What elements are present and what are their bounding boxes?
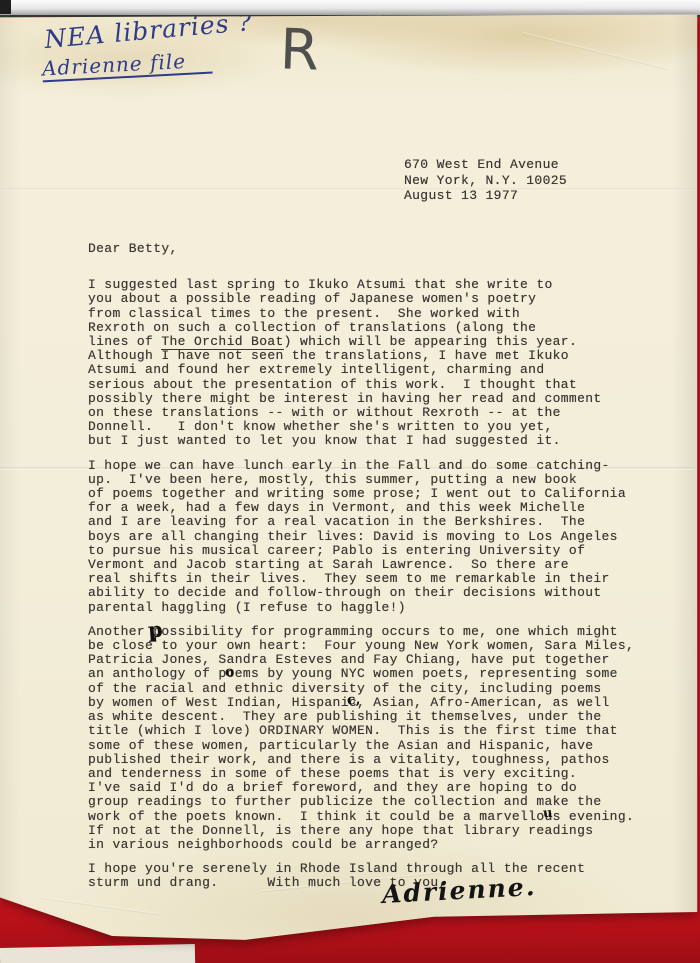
typed-line: you about a possible reading of Japanese…	[88, 292, 668, 306]
typed-line: I suggested last spring to Ikuko Atsumi …	[88, 278, 668, 292]
letter-body-paragraphs: I suggested last spring to Ikuko Atsumi …	[88, 278, 668, 890]
typed-line: published their work, and there is a vit…	[88, 753, 668, 767]
pencil-initial-mark: R	[279, 17, 320, 83]
address-line: August 13 1977	[404, 188, 567, 204]
typed-line: some of these women, particularly the As…	[88, 739, 668, 753]
typed-line: for a week, had a few days in Vermont, a…	[88, 501, 668, 515]
typed-line: but I just wanted to let you know that I…	[88, 434, 668, 448]
typed-line: boys are all changing their lives: David…	[88, 530, 668, 544]
typed-line: sturm und drang. With much love to you,	[88, 876, 668, 890]
typed-line: up. I've been here, mostly, this summer,…	[88, 473, 668, 487]
fold-crease	[0, 188, 694, 191]
typed-line: group readings to further publicize the …	[88, 795, 668, 809]
typed-line: Another possibility for programming occu…	[88, 625, 668, 639]
address-line: 670 West End Avenue	[404, 157, 567, 173]
typed-line: work of the poets known. I think it coul…	[88, 810, 668, 824]
salutation: Dear Betty,	[88, 242, 668, 256]
typed-line: by women of West Indian, Hispanic, Asian…	[88, 696, 668, 710]
typed-line: I hope we can have lunch early in the Fa…	[88, 459, 668, 473]
typed-line: and tenderness in some of these poems th…	[88, 767, 668, 781]
paper-wrapper: NEA libraries ? Adrienne file R 670 West…	[0, 0, 700, 963]
typed-line: possibly there might be interest in havi…	[88, 392, 668, 406]
typed-line: in various neighborhoods could be arrang…	[88, 838, 668, 852]
typed-line: parental haggling (I refuse to haggle!)	[88, 601, 668, 615]
typed-line: and I are leaving for a real vacation in…	[88, 515, 668, 529]
typed-line: I hope you're serenely in Rhode Island t…	[88, 862, 668, 876]
typed-line: ability to decide and follow-through on …	[88, 586, 668, 600]
typed-line: Vermont and Jacob starting at Sarah Lawr…	[88, 558, 668, 572]
typed-line: If not at the Donnell, is there any hope…	[88, 824, 668, 838]
typed-line: real shifts in their lives. They seem to…	[88, 572, 668, 586]
paragraph: I hope you're serenely in Rhode Island t…	[88, 862, 668, 890]
typed-line: to pursue his musical career; Pablo is e…	[88, 544, 668, 558]
letter-page: NEA libraries ? Adrienne file R 670 West…	[0, 0, 700, 963]
typed-line: Although I have not seen the translation…	[88, 349, 668, 363]
scanned-letter-scene: NEA libraries ? Adrienne file R 670 West…	[0, 0, 700, 963]
typed-line: Rexroth on such a collection of translat…	[88, 321, 668, 335]
letter-body: Dear Betty, I suggested last spring to I…	[88, 242, 668, 901]
typed-line: Patricia Jones, Sandra Esteves and Fay C…	[88, 653, 668, 667]
typed-line: of poems together and writing some prose…	[88, 487, 668, 501]
typed-line: title (which I love) ORDINARY WOMEN. Thi…	[88, 724, 668, 738]
typed-line: as white descent. They are publishing it…	[88, 710, 668, 724]
typed-line: Donnell. I don't know whether she's writ…	[88, 420, 668, 434]
paragraph: I suggested last spring to Ikuko Atsumi …	[88, 278, 668, 448]
typed-line: I've said I'd do a brief foreword, and t…	[88, 781, 668, 795]
typed-line: of the racial and ethnic diversity of th…	[88, 682, 668, 696]
paragraph: I hope we can have lunch early in the Fa…	[88, 459, 668, 615]
typed-line: Atsumi and found her extremely intellige…	[88, 363, 668, 377]
typed-line: be close to your own heart: Four young N…	[88, 639, 668, 653]
typed-line: serious about the presentation of this w…	[88, 378, 668, 392]
typed-line: on these translations -- with or without…	[88, 406, 668, 420]
address-line: New York, N.Y. 10025	[404, 173, 567, 189]
paragraph: Another possibility for programming occu…	[88, 625, 668, 852]
typed-line: lines of The Orchid Boat) which will be …	[88, 335, 668, 349]
sender-address: 670 West End AvenueNew York, N.Y. 10025A…	[404, 157, 567, 204]
typed-line: from classical times to the present. She…	[88, 307, 668, 321]
typed-line: an anthology of poems by young NYC women…	[88, 667, 668, 681]
